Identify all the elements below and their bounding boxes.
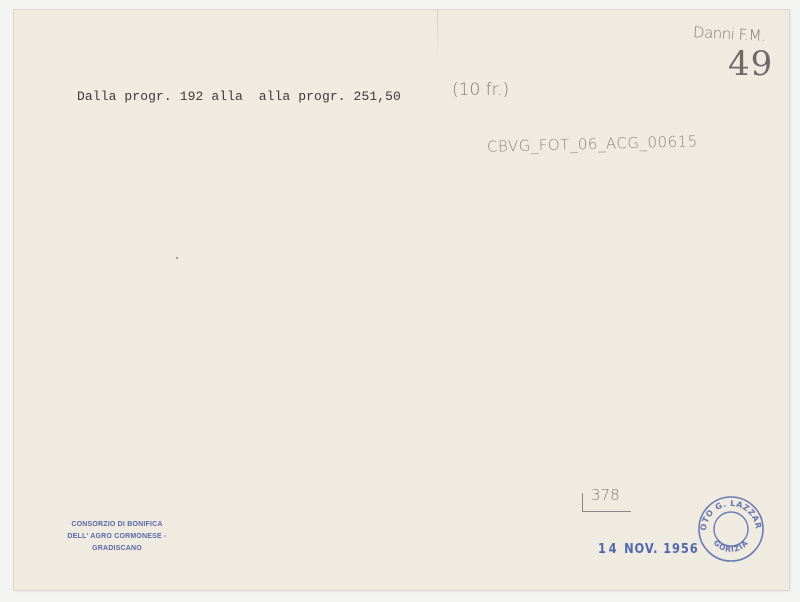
reference-number: 378 [591, 486, 620, 504]
date-stamp-month-year: NOV. 1956 [624, 542, 698, 557]
photographer-stamp-bottom-text: GORIZIA [712, 538, 750, 554]
consorzio-stamp: CONSORZIO DI BONIFICA DELL' AGRO CORMONE… [52, 519, 182, 555]
consorzio-stamp-line1: CONSORZIO DI BONIFICA [52, 519, 182, 531]
handwritten-number: 49 [728, 44, 773, 84]
date-stamp: 14 NOV. 1956 [598, 542, 699, 557]
paper-speck [176, 257, 178, 259]
typed-caption: Dalla progr. 192 alla alla progr. 251,50 [77, 89, 401, 104]
consorzio-stamp-line2: DELL' AGRO CORMONESE - GRADISCANO [52, 531, 182, 555]
paper-crease [437, 10, 438, 60]
photographer-stamp-top-text: FOTO G. LAZZARO [697, 495, 763, 531]
handwritten-note: (10 fr.) [452, 80, 509, 100]
svg-text:GORIZIA: GORIZIA [712, 538, 750, 554]
handwritten-author: Danni F.M. [693, 23, 766, 45]
photographer-round-stamp: FOTO G. LAZZARO GORIZIA [697, 495, 765, 563]
date-stamp-day: 14 [598, 542, 619, 557]
svg-text:FOTO G. LAZZARO: FOTO G. LAZZARO [697, 495, 763, 531]
